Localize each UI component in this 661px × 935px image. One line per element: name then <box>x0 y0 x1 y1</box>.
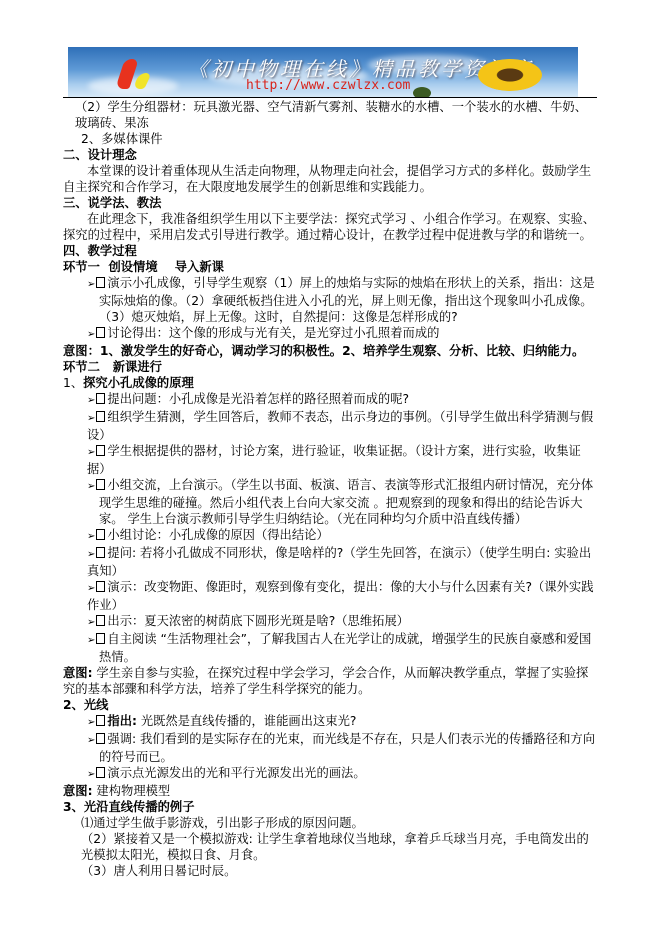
checkbox-glyph-icon <box>96 411 105 422</box>
bullet-arrow-icon: ➢ <box>87 395 95 406</box>
bullet-arrow-icon: ➢ <box>87 481 95 492</box>
checkbox-glyph-icon <box>96 767 105 778</box>
materials-line: （2）学生分组器材：玩具激光器、空气清新气雾剂、装糖水的水槽、一个装水的水槽、牛… <box>63 99 597 131</box>
list-item: ➢演示点光源发出的光和平行光源发出光的画法。 <box>75 765 597 783</box>
part1-intent: 意图: 学生亲自参与实验，在探究过程中学会学习，学会合作，从而解决教学重点，掌握… <box>63 665 597 697</box>
bullet-arrow-icon: ➢ <box>87 447 95 458</box>
list-item: ➢提问: 若将小孔做成不同形状，像是啥样的?（学生先回答，在演示）（使学生明白:… <box>75 545 597 579</box>
section-design-body: 本堂课的设计着重体现从生活走向物理，从物理走向社会，提倡学习方式的多样化。鼓励学… <box>63 163 597 195</box>
list-item: ➢小组交流，上台演示。（学生以书面、板演、语言、表演等形式汇报组内研讨情况，充分… <box>75 477 597 527</box>
section-design-title: 二、设计理念 <box>63 147 597 163</box>
header-banner: 《初中物理在线》精品教学资源库 http://www.czwlzx.com <box>68 47 578 97</box>
list-item: ➢演示小孔成像，引导学生观察（1）屏上的烛焰与实际的烛焰在形状上的关系，指出：这… <box>75 275 597 325</box>
checkbox-glyph-icon <box>96 633 105 644</box>
checkbox-glyph-icon <box>96 393 105 404</box>
checkbox-glyph-icon <box>96 277 105 288</box>
part1-list: ➢提出问题：小孔成像是光沿着怎样的路径照着而成的呢? ➢组织学生猜测，学生回答后… <box>63 391 597 665</box>
stage1-list: ➢演示小孔成像，引导学生观察（1）屏上的烛焰与实际的烛焰在形状上的关系，指出：这… <box>63 275 597 343</box>
checkbox-glyph-icon <box>96 733 105 744</box>
part1-title: 1、探究小孔成像的原理 <box>63 375 597 391</box>
checkbox-glyph-icon <box>96 581 105 592</box>
list-item: ➢学生根据提供的器材，讨论方案，进行验证，收集证据。（设计方案，进行实验，收集证… <box>75 443 597 477</box>
bullet-arrow-icon: ➢ <box>87 617 95 628</box>
bullet-arrow-icon: ➢ <box>87 769 95 780</box>
list-item: ➢指出: 光既然是直线传播的，谁能画出这束光? <box>75 713 597 731</box>
section-method-title: 三、说学法、教法 <box>63 195 597 211</box>
bullet-arrow-icon: ➢ <box>87 583 95 594</box>
list-item: ➢提出问题：小孔成像是光沿着怎样的路径照着而成的呢? <box>75 391 597 409</box>
multimedia-line: 2、多媒体课件 <box>63 131 597 147</box>
bullet-arrow-icon: ➢ <box>87 531 95 542</box>
list-item: ➢自主阅读 “生活物理社会”，了解我国古人在光学让的成就，增强学生的民族自豪感和… <box>75 631 597 665</box>
bullet-arrow-icon: ➢ <box>87 549 95 560</box>
part2-list: ➢指出: 光既然是直线传播的，谁能画出这束光? ➢强调: 我们看到的是实际存在的… <box>63 713 597 783</box>
bullet-arrow-icon: ➢ <box>87 279 95 290</box>
stage2-title: 环节二 新课进行 <box>63 359 597 375</box>
checkbox-glyph-icon <box>96 715 105 726</box>
part3-item: （3）唐人利用日晷记时辰。 <box>63 863 597 879</box>
checkbox-glyph-icon <box>96 615 105 626</box>
stage1-intent: 意图：1、激发学生的好奇心，调动学习的积极性。2、培养学生观察、分析、比较、归纳… <box>63 343 597 359</box>
section-method-body: 在此理念下，我准备组织学生用以下主要学法：探究式学习 、小组合作学习。在观察、实… <box>63 211 597 243</box>
part2-intent: 意图: 建构物理模型 <box>63 783 597 799</box>
list-item: ➢小组讨论：小孔成像的原因（得出结论） <box>75 527 597 545</box>
list-item: ➢出示：夏天浓密的树荫底下圆形光斑是啥?（思维拓展） <box>75 613 597 631</box>
header-rule <box>63 97 597 98</box>
list-item: ➢强调: 我们看到的是实际存在的光束，而光线是不存在，只是人们表示光的传播路径和… <box>75 731 597 765</box>
bullet-arrow-icon: ➢ <box>87 735 95 746</box>
checkbox-glyph-icon <box>96 327 105 338</box>
part3-item: （2）紧接着又是一个模拟游戏: 让学生拿着地球仪当地球，拿着乒乓球当月亮，手电筒… <box>63 831 597 863</box>
bullet-arrow-icon: ➢ <box>87 717 95 728</box>
sunflower-icon <box>478 59 542 91</box>
leaf-icon <box>413 87 431 97</box>
part3-title: 3、光沿直线传播的例子 <box>63 799 597 815</box>
document-body: （2）学生分组器材：玩具激光器、空气清新气雾剂、装糖水的水槽、一个装水的水槽、牛… <box>63 99 597 879</box>
checkbox-glyph-icon <box>96 479 105 490</box>
bullet-arrow-icon: ➢ <box>87 635 95 646</box>
part3-item: ⑴通过学生做手影游戏，引出影子形成的原因问题。 <box>63 815 597 831</box>
list-item: ➢组织学生猜测，学生回答后，教师不表态，出示身边的事例。（引导学生做出科学猜测与… <box>75 409 597 443</box>
bullet-arrow-icon: ➢ <box>87 413 95 424</box>
list-item: ➢演示：改变物距、像距时，观察到像有变化，提出：像的大小与什么因素有关?（课外实… <box>75 579 597 613</box>
checkbox-glyph-icon <box>96 529 105 540</box>
banner-url[interactable]: http://www.czwlzx.com <box>246 78 410 93</box>
checkbox-glyph-icon <box>96 547 105 558</box>
bullet-arrow-icon: ➢ <box>87 329 95 340</box>
part2-title: 2、光线 <box>63 697 597 713</box>
list-item: ➢讨论得出：这个像的形成与光有关，是光穿过小孔照着而成的 <box>75 325 597 343</box>
checkbox-glyph-icon <box>96 445 105 456</box>
stage1-title: 环节一 创设情境 导入新课 <box>63 259 597 275</box>
section-process-title: 四、教学过程 <box>63 243 597 259</box>
